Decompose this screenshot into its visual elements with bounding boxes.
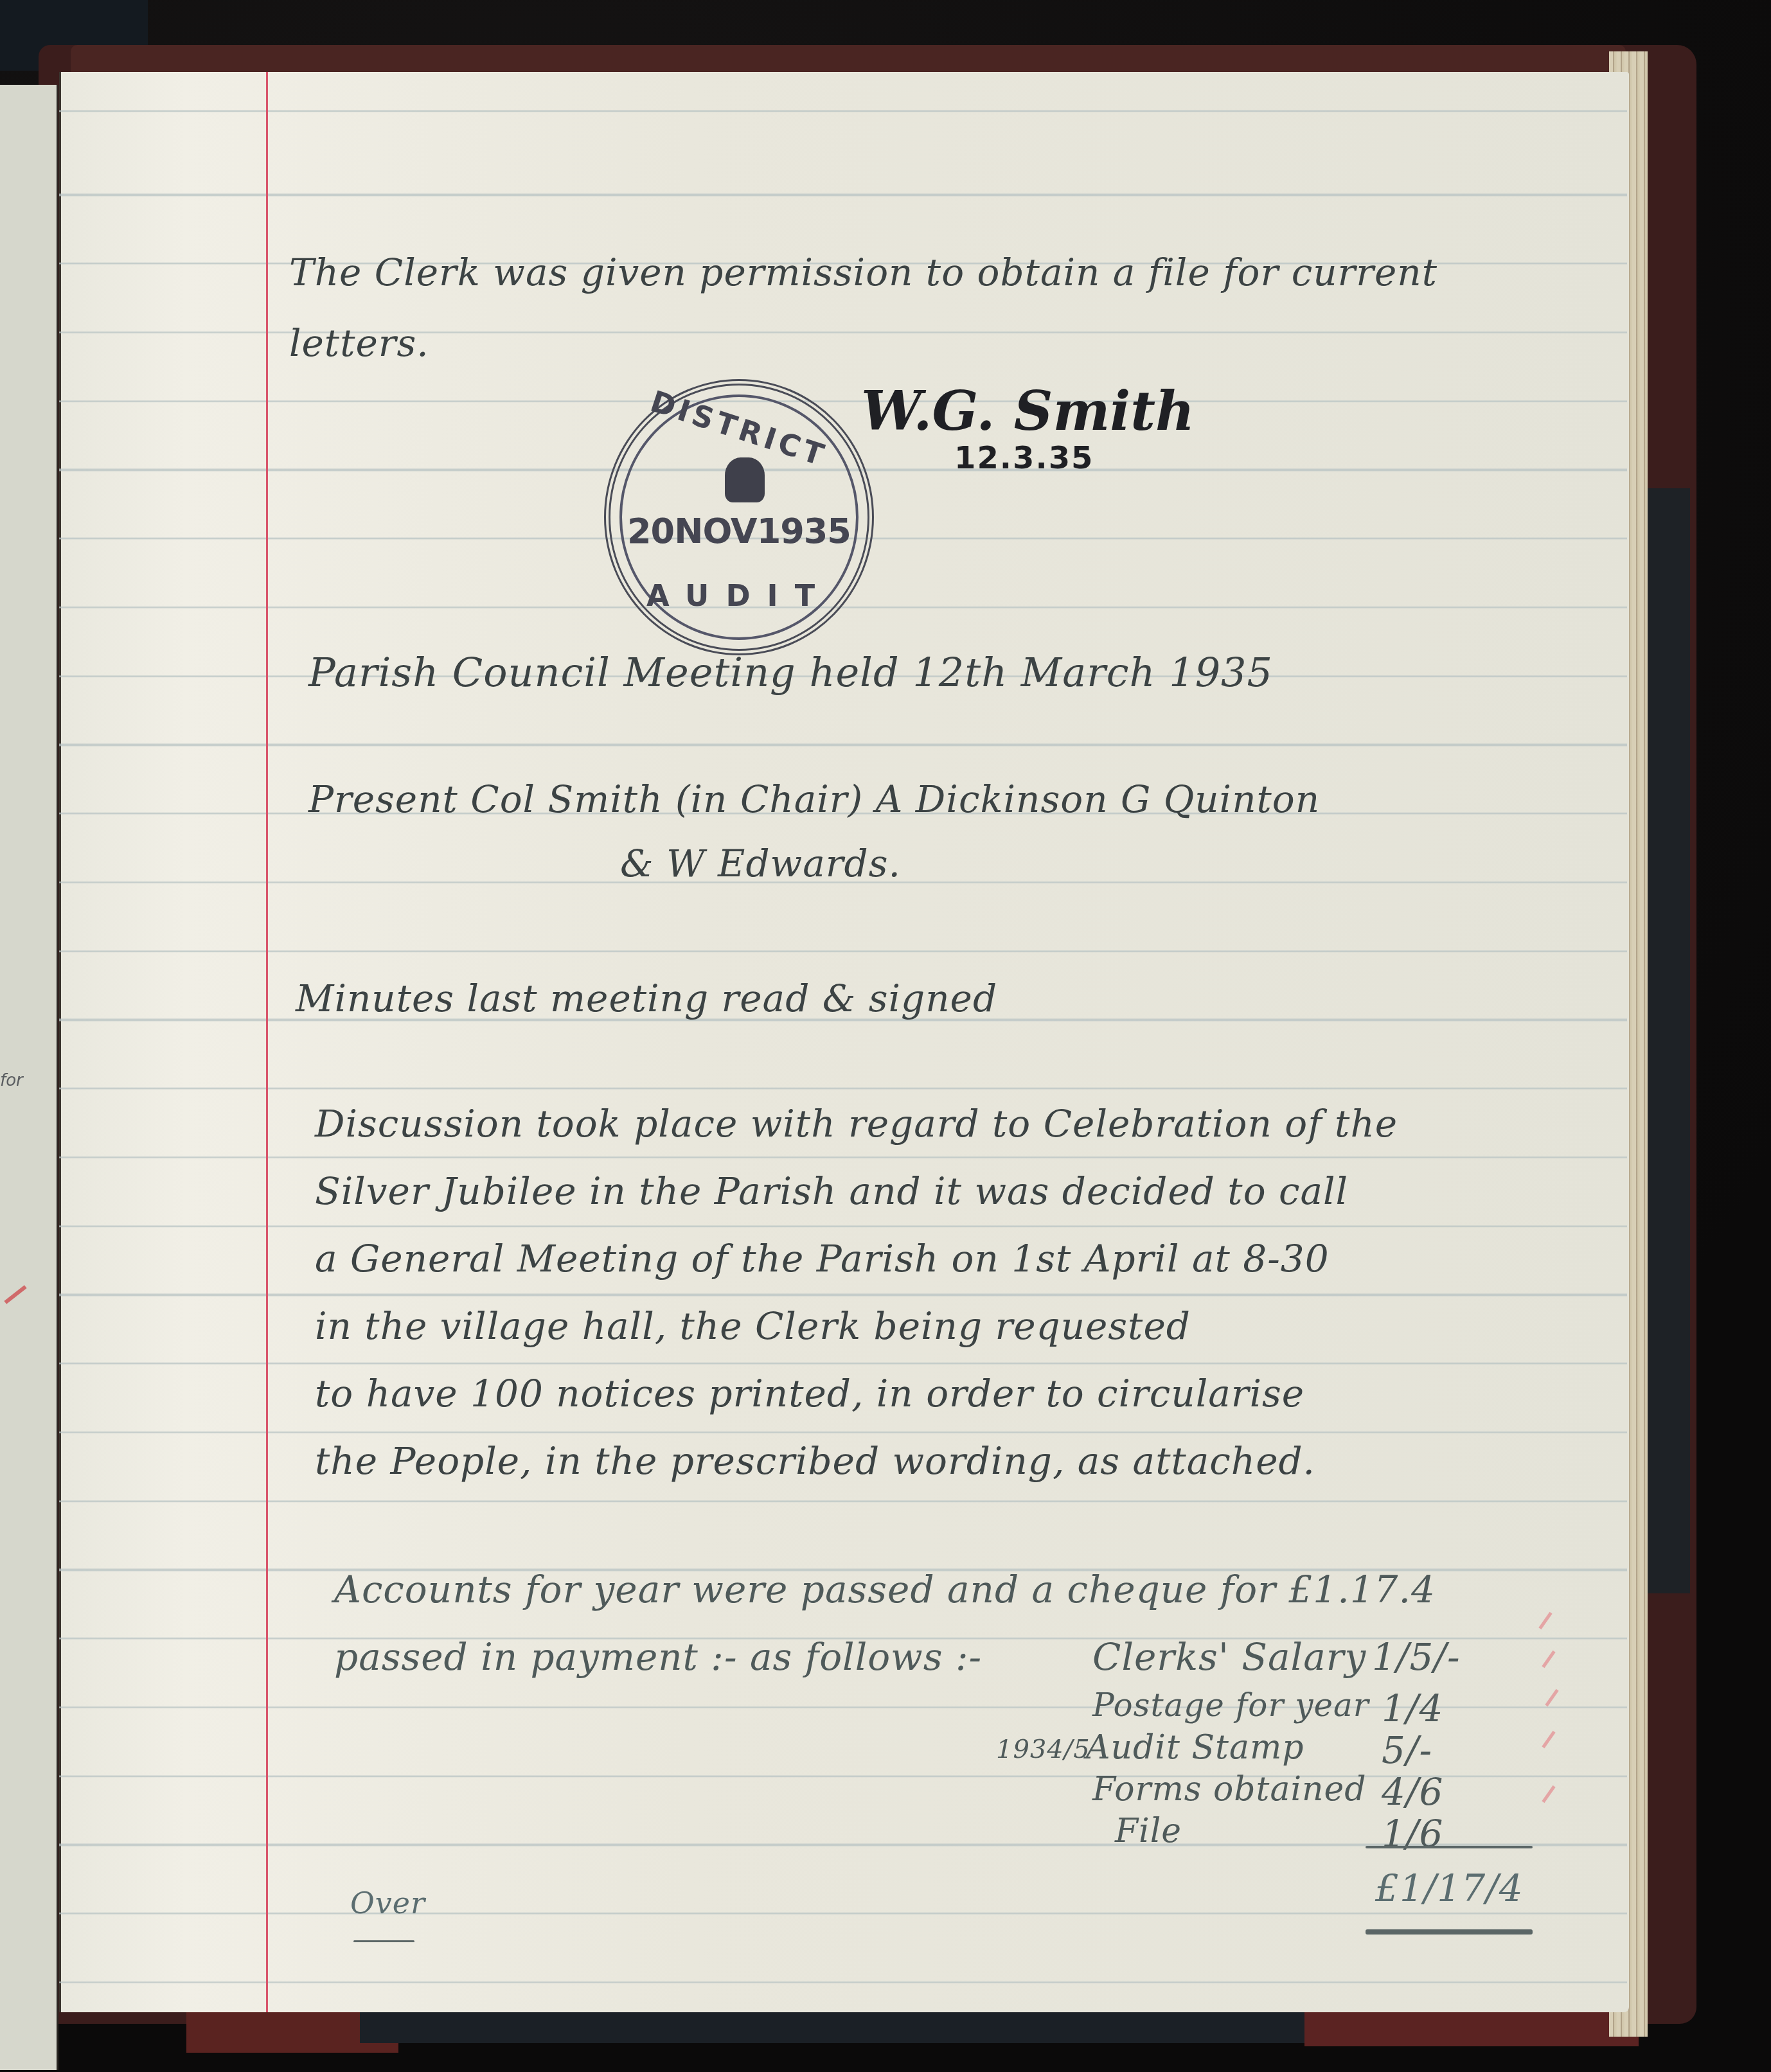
over-note: Over bbox=[350, 1886, 425, 1920]
account-item-label: Audit Stamp bbox=[1086, 1728, 1304, 1767]
chair-signature: W.G. Smith bbox=[861, 379, 1195, 443]
total-rule bbox=[1366, 1846, 1533, 1848]
facing-page: for bbox=[0, 85, 58, 2070]
account-item-prefix: 1934/5 bbox=[996, 1735, 1090, 1764]
total-double-rule bbox=[1366, 1929, 1533, 1935]
discussion-line-2: Silver Jubilee in the Parish and it was … bbox=[315, 1169, 1348, 1213]
discussion-line-6: the People, in the prescribed wording, a… bbox=[315, 1439, 1315, 1483]
stamp-bottom-text: AUDIT bbox=[610, 578, 868, 613]
account-item-amount: 4/6 bbox=[1382, 1770, 1443, 1814]
facing-page-red-mark bbox=[4, 1285, 26, 1304]
meeting-heading: Parish Council Meeting held 12th March 1… bbox=[308, 649, 1273, 696]
signature-date: 12.3.35 bbox=[954, 440, 1094, 476]
minutes-approval: Minutes last meeting read & signed bbox=[296, 977, 997, 1020]
discussion-line-3: a General Meeting of the Parish on 1st A… bbox=[315, 1237, 1330, 1280]
accounts-line-1: Accounts for year were passed and a cheq… bbox=[334, 1568, 1436, 1611]
account-item-amount: 1/4 bbox=[1382, 1687, 1443, 1730]
accounts-total: £1/17/4 bbox=[1375, 1866, 1524, 1910]
district-audit-stamp: DISTRICT 20NOV1935 AUDIT bbox=[604, 379, 874, 655]
account-item-amount: 1/5/- bbox=[1372, 1635, 1460, 1679]
discussion-line-1: Discussion took place with regard to Cel… bbox=[315, 1102, 1398, 1146]
attendees-line-2: & W Edwards. bbox=[620, 842, 901, 885]
facing-page-text: for bbox=[0, 1071, 23, 1090]
accounts-line-2: passed in payment :- as follows :- bbox=[334, 1635, 982, 1679]
account-item-label: Forms obtained bbox=[1092, 1770, 1367, 1809]
book-spine-cloth bbox=[1645, 488, 1690, 1593]
account-item-label: File bbox=[1115, 1812, 1182, 1850]
account-item-amount: 5/- bbox=[1382, 1728, 1432, 1772]
account-item-amount: 1/6 bbox=[1382, 1812, 1443, 1855]
discussion-line-5: to have 100 notices printed, in order to… bbox=[315, 1372, 1304, 1415]
over-underline bbox=[353, 1940, 414, 1942]
stamp-date: 20NOV1935 bbox=[610, 511, 868, 551]
crown-icon bbox=[725, 457, 765, 502]
account-item-label: Postage for year bbox=[1092, 1687, 1369, 1724]
account-item-label: Clerks' Salary bbox=[1092, 1635, 1366, 1679]
margin-rule bbox=[266, 72, 268, 2012]
entry-line-2: letters. bbox=[289, 321, 429, 365]
discussion-line-4: in the village hall, the Clerk being req… bbox=[315, 1304, 1191, 1348]
entry-line-1: The Clerk was given permission to obtain… bbox=[289, 251, 1437, 294]
attendees-line-1: Present Col Smith (in Chair) A Dickinson… bbox=[308, 777, 1320, 821]
